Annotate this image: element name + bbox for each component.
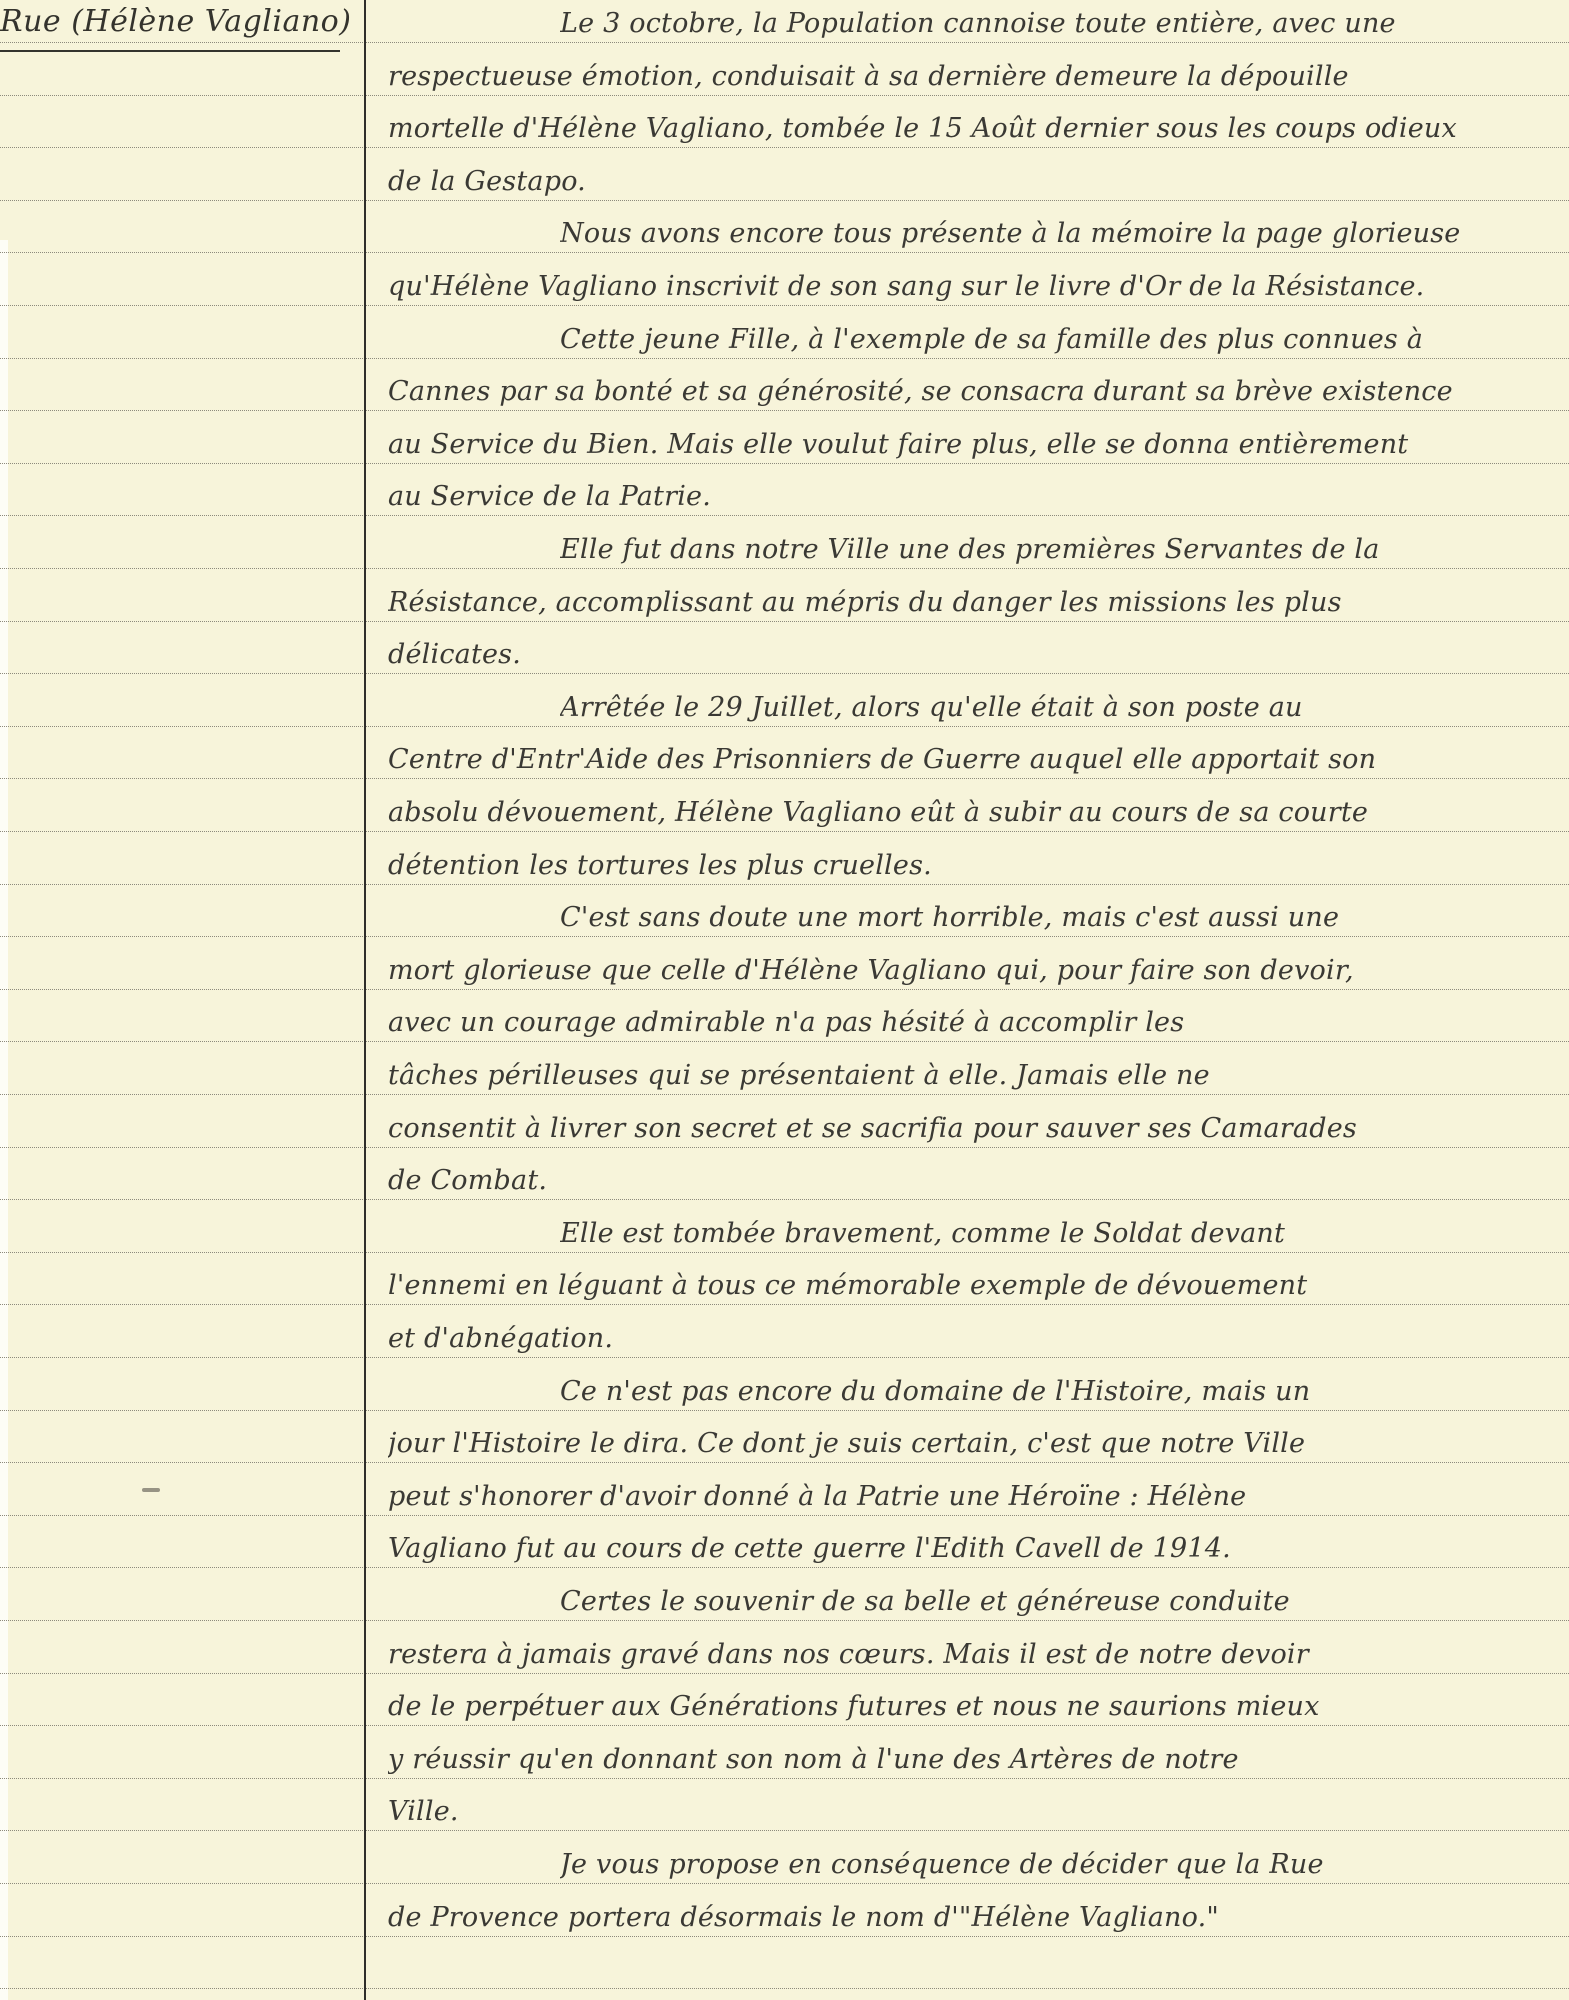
- text-line: Elle est tombée bravement, comme le Sold…: [560, 1214, 1560, 1254]
- text-line: Cette jeune Fille, à l'exemple de sa fam…: [560, 320, 1560, 360]
- ink-smudge: [142, 1488, 160, 1492]
- text-line: détention les tortures les plus cruelles…: [388, 846, 1558, 886]
- text-line: mortelle d'Hélène Vagliano, tombée le 15…: [388, 109, 1558, 149]
- text-line: consentit à livrer son secret et se sacr…: [388, 1109, 1558, 1149]
- text-line: restera à jamais gravé dans nos cœurs. M…: [388, 1635, 1558, 1675]
- text-line: au Service de la Patrie.: [388, 477, 1558, 517]
- text-line: Ville.: [388, 1792, 1558, 1832]
- text-line: de la Gestapo.: [388, 162, 1558, 202]
- text-line: et d'abnégation.: [388, 1319, 1558, 1359]
- text-line: de Combat.: [388, 1161, 1558, 1201]
- text-line: Le 3 octobre, la Population cannoise tou…: [560, 4, 1560, 44]
- text-line: absolu dévouement, Hélène Vagliano eût à…: [388, 793, 1558, 833]
- text-line: l'ennemi en léguant à tous ce mémorable …: [388, 1266, 1558, 1306]
- text-line: Cannes par sa bonté et sa générosité, se…: [388, 372, 1558, 412]
- margin-heading: Rue (Hélène Vagliano): [0, 4, 351, 50]
- text-line: au Service du Bien. Mais elle voulut fai…: [388, 425, 1558, 465]
- text-line: y réussir qu'en donnant son nom à l'une …: [388, 1740, 1558, 1780]
- text-line: respectueuse émotion, conduisait à sa de…: [388, 57, 1558, 97]
- text-line: avec un courage admirable n'a pas hésité…: [388, 1003, 1558, 1043]
- ruled-line: [0, 1988, 1569, 1989]
- text-line: Arrêtée le 29 Juillet, alors qu'elle éta…: [560, 688, 1560, 728]
- text-line: Je vous propose en conséquence de décide…: [560, 1845, 1560, 1885]
- text-line: Elle fut dans notre Ville une des premiè…: [560, 530, 1560, 570]
- text-line: Résistance, accomplissant au mépris du d…: [388, 583, 1558, 623]
- text-line: de Provence portera désormais le nom d'"…: [388, 1898, 1558, 1938]
- ledger-page: Rue (Hélène Vagliano) Le 3 octobre, la P…: [0, 0, 1569, 2000]
- text-line: jour l'Histoire le dira. Ce dont je suis…: [388, 1424, 1558, 1464]
- margin-line: [364, 0, 366, 2000]
- text-line: Vagliano fut au cours de cette guerre l'…: [388, 1529, 1558, 1569]
- scan-edge: [0, 240, 8, 2000]
- text-line: peut s'honorer d'avoir donné à la Patrie…: [388, 1477, 1558, 1517]
- heading-underline: [0, 50, 340, 52]
- text-line: de le perpétuer aux Générations futures …: [388, 1687, 1558, 1727]
- text-line: Nous avons encore tous présente à la mém…: [560, 214, 1560, 254]
- text-line: Certes le souvenir de sa belle et génére…: [560, 1582, 1560, 1622]
- text-line: délicates.: [388, 635, 1558, 675]
- text-line: tâches périlleuses qui se présentaient à…: [388, 1056, 1558, 1096]
- text-line: qu'Hélène Vagliano inscrivit de son sang…: [388, 267, 1558, 307]
- text-line: mort glorieuse que celle d'Hélène Vaglia…: [388, 951, 1558, 991]
- text-line: C'est sans doute une mort horrible, mais…: [560, 898, 1560, 938]
- text-line: Centre d'Entr'Aide des Prisonniers de Gu…: [388, 740, 1558, 780]
- text-line: Ce n'est pas encore du domaine de l'Hist…: [560, 1372, 1560, 1412]
